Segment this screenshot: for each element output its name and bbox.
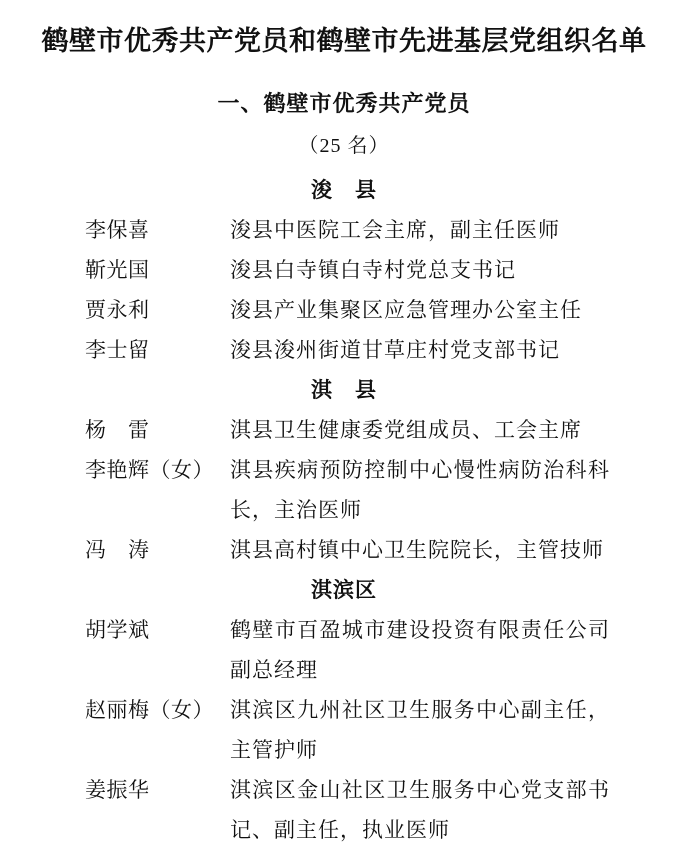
member-name: 李艳辉（女） [85, 450, 230, 530]
member-name: 李士留 [85, 330, 230, 370]
member-row: 李士留浚县浚州街道甘草庄村党支部书记 [0, 330, 688, 370]
member-name: 贾永利 [85, 290, 230, 330]
member-name: 冯 涛 [85, 530, 230, 570]
member-row: 李艳辉（女）淇县疾病预防控制中心慢性病防治科科长，主治医师 [0, 450, 688, 530]
section-heading: 一、鹤壁市优秀共产党员 [0, 90, 688, 118]
member-description: 浚县产业集聚区应急管理办公室主任 [230, 290, 610, 330]
member-name: 靳光国 [85, 250, 230, 290]
member-row: 杨 雷淇县卫生健康委党组成员、工会主席 [0, 410, 688, 450]
member-name: 赵丽梅（女） [85, 690, 230, 770]
document-page: 鹤壁市优秀共产党员和鹤壁市先进基层党组织名单 一、鹤壁市优秀共产党员 （25 名… [0, 0, 688, 867]
member-row: 赵丽梅（女）淇滨区九州社区卫生服务中心副主任，主管护师 [0, 690, 688, 770]
member-name: 姜振华 [85, 770, 230, 850]
member-name: 李保喜 [85, 210, 230, 250]
region-header: 淇 县 [0, 370, 688, 410]
member-row: 李保喜浚县中医院工会主席，副主任医师 [0, 210, 688, 250]
member-description: 浚县浚州街道甘草庄村党支部书记 [230, 330, 610, 370]
member-description: 淇县疾病预防控制中心慢性病防治科科长，主治医师 [230, 450, 610, 530]
member-row: 冯 涛淇县高村镇中心卫生院院长，主管技师 [0, 530, 688, 570]
document-title: 鹤壁市优秀共产党员和鹤壁市先进基层党组织名单 [0, 24, 688, 58]
member-description: 淇滨区九州社区卫生服务中心副主任，主管护师 [230, 690, 610, 770]
member-name: 胡学斌 [85, 610, 230, 690]
member-list: 浚 县李保喜浚县中医院工会主席，副主任医师靳光国浚县白寺镇白寺村党总支书记贾永利… [0, 170, 688, 850]
region-header: 淇滨区 [0, 570, 688, 610]
member-description: 淇县高村镇中心卫生院院长，主管技师 [230, 530, 610, 570]
member-row: 靳光国浚县白寺镇白寺村党总支书记 [0, 250, 688, 290]
member-name: 杨 雷 [85, 410, 230, 450]
region-header: 浚 县 [0, 170, 688, 210]
member-description: 淇滨区金山社区卫生服务中心党支部书记、副主任，执业医师 [230, 770, 610, 850]
member-row: 胡学斌鹤壁市百盈城市建设投资有限责任公司副总经理 [0, 610, 688, 690]
member-description: 淇县卫生健康委党组成员、工会主席 [230, 410, 610, 450]
member-description: 鹤壁市百盈城市建设投资有限责任公司副总经理 [230, 610, 610, 690]
member-description: 浚县白寺镇白寺村党总支书记 [230, 250, 610, 290]
member-description: 浚县中医院工会主席，副主任医师 [230, 210, 610, 250]
member-count: （25 名） [0, 133, 688, 159]
member-row: 姜振华淇滨区金山社区卫生服务中心党支部书记、副主任，执业医师 [0, 770, 688, 850]
member-row: 贾永利浚县产业集聚区应急管理办公室主任 [0, 290, 688, 330]
